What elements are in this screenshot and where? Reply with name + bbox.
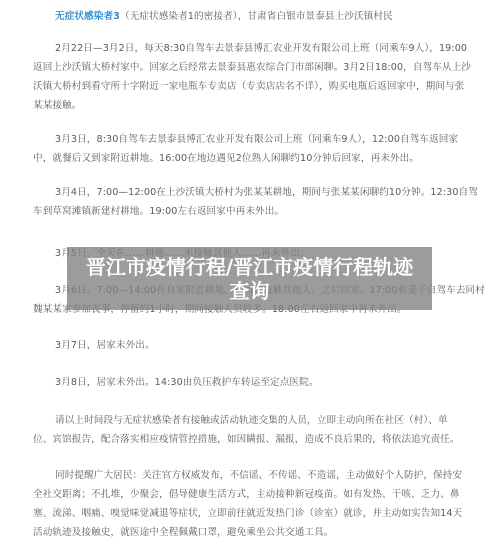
- overlay-title: 晋江市疫情行程/晋江市疫情行程轨迹查询: [85, 255, 415, 303]
- paragraph-line: 车到草窝滩镇新建村耕地。19:00左右返回家中再未外出。: [33, 202, 284, 221]
- case-label: 无症状感染者3: [55, 11, 120, 22]
- paragraph-line: 中，就餐后又到家附近耕地。16:00在地边遇见2位熟人闲聊约10分钟后回家，再未…: [33, 149, 419, 168]
- paragraph-line: 请以上时间段与无症状感染者有接触或活动轨迹交集的人员，立即主动向所在社区（村）、…: [55, 411, 448, 430]
- paragraph-line: 返回上沙沃镇大桥村家中。回家之后经常去景泰县惠农综合门市部闲聊。3月2日18:0…: [33, 58, 471, 77]
- paragraph-line: 活动轨迹及接触史，就医途中全程佩戴口罩，避免乘坐公共交通工具。: [33, 523, 334, 542]
- title-overlay: 晋江市疫情行程/晋江市疫情行程轨迹查询: [67, 247, 432, 310]
- paragraph-line: 全社交距离；不扎堆，少聚会，倡导健康生活方式，主动接种新冠疫苗。如有发热、干咳、…: [33, 485, 460, 504]
- paragraph-line: 3月8日，居家未外出。14:30由负压救护车转运至定点医院。: [55, 373, 319, 392]
- paragraph-line: 沃镇大桥村到看守所十字附近一家电瓶车专卖店（专卖店店名不详），购买电瓶后返回家中…: [33, 77, 464, 96]
- paragraph-line: 同时提醒广大居民：关注官方权威发布，不信谣、不传谣、不造谣，主动做好个人防护，保…: [55, 466, 462, 485]
- paragraph-line: 3月3日，8:30自驾车去景泰县博汇农业开发有限公司上班（同乘车9人），12:0…: [55, 130, 458, 149]
- paragraph-line: 3月4日，7:00—12:00在上沙沃镇大桥村为张某某耕地，期间与张某某闲聊约1…: [55, 183, 478, 202]
- case-heading: 无症状感染者3（无症状感染者1的密接者），甘肃省白银市景泰县上沙沃镇村民: [55, 7, 393, 26]
- paragraph-line: 3月7日，居家未外出。: [55, 336, 155, 355]
- case-description: （无症状感染者1的密接者），甘肃省白银市景泰县上沙沃镇村民: [120, 11, 393, 22]
- paragraph-line: 某某接触。: [33, 96, 81, 115]
- paragraph-line: 塞、流涕、咽痛、嗅觉味觉减退等症状，立即前往就近发热门诊（诊室）就诊，并主动如实…: [33, 504, 462, 523]
- paragraph-line: 2月22日—3月2日，每天8:30自驾车去景泰县博汇农业开发有限公司上班（同乘车…: [55, 39, 467, 58]
- paragraph-line: 位、宾馆报告，配合落实相应疫情管控措施，如因瞒报、漏报，造成不良后果的，将依法追…: [33, 430, 460, 449]
